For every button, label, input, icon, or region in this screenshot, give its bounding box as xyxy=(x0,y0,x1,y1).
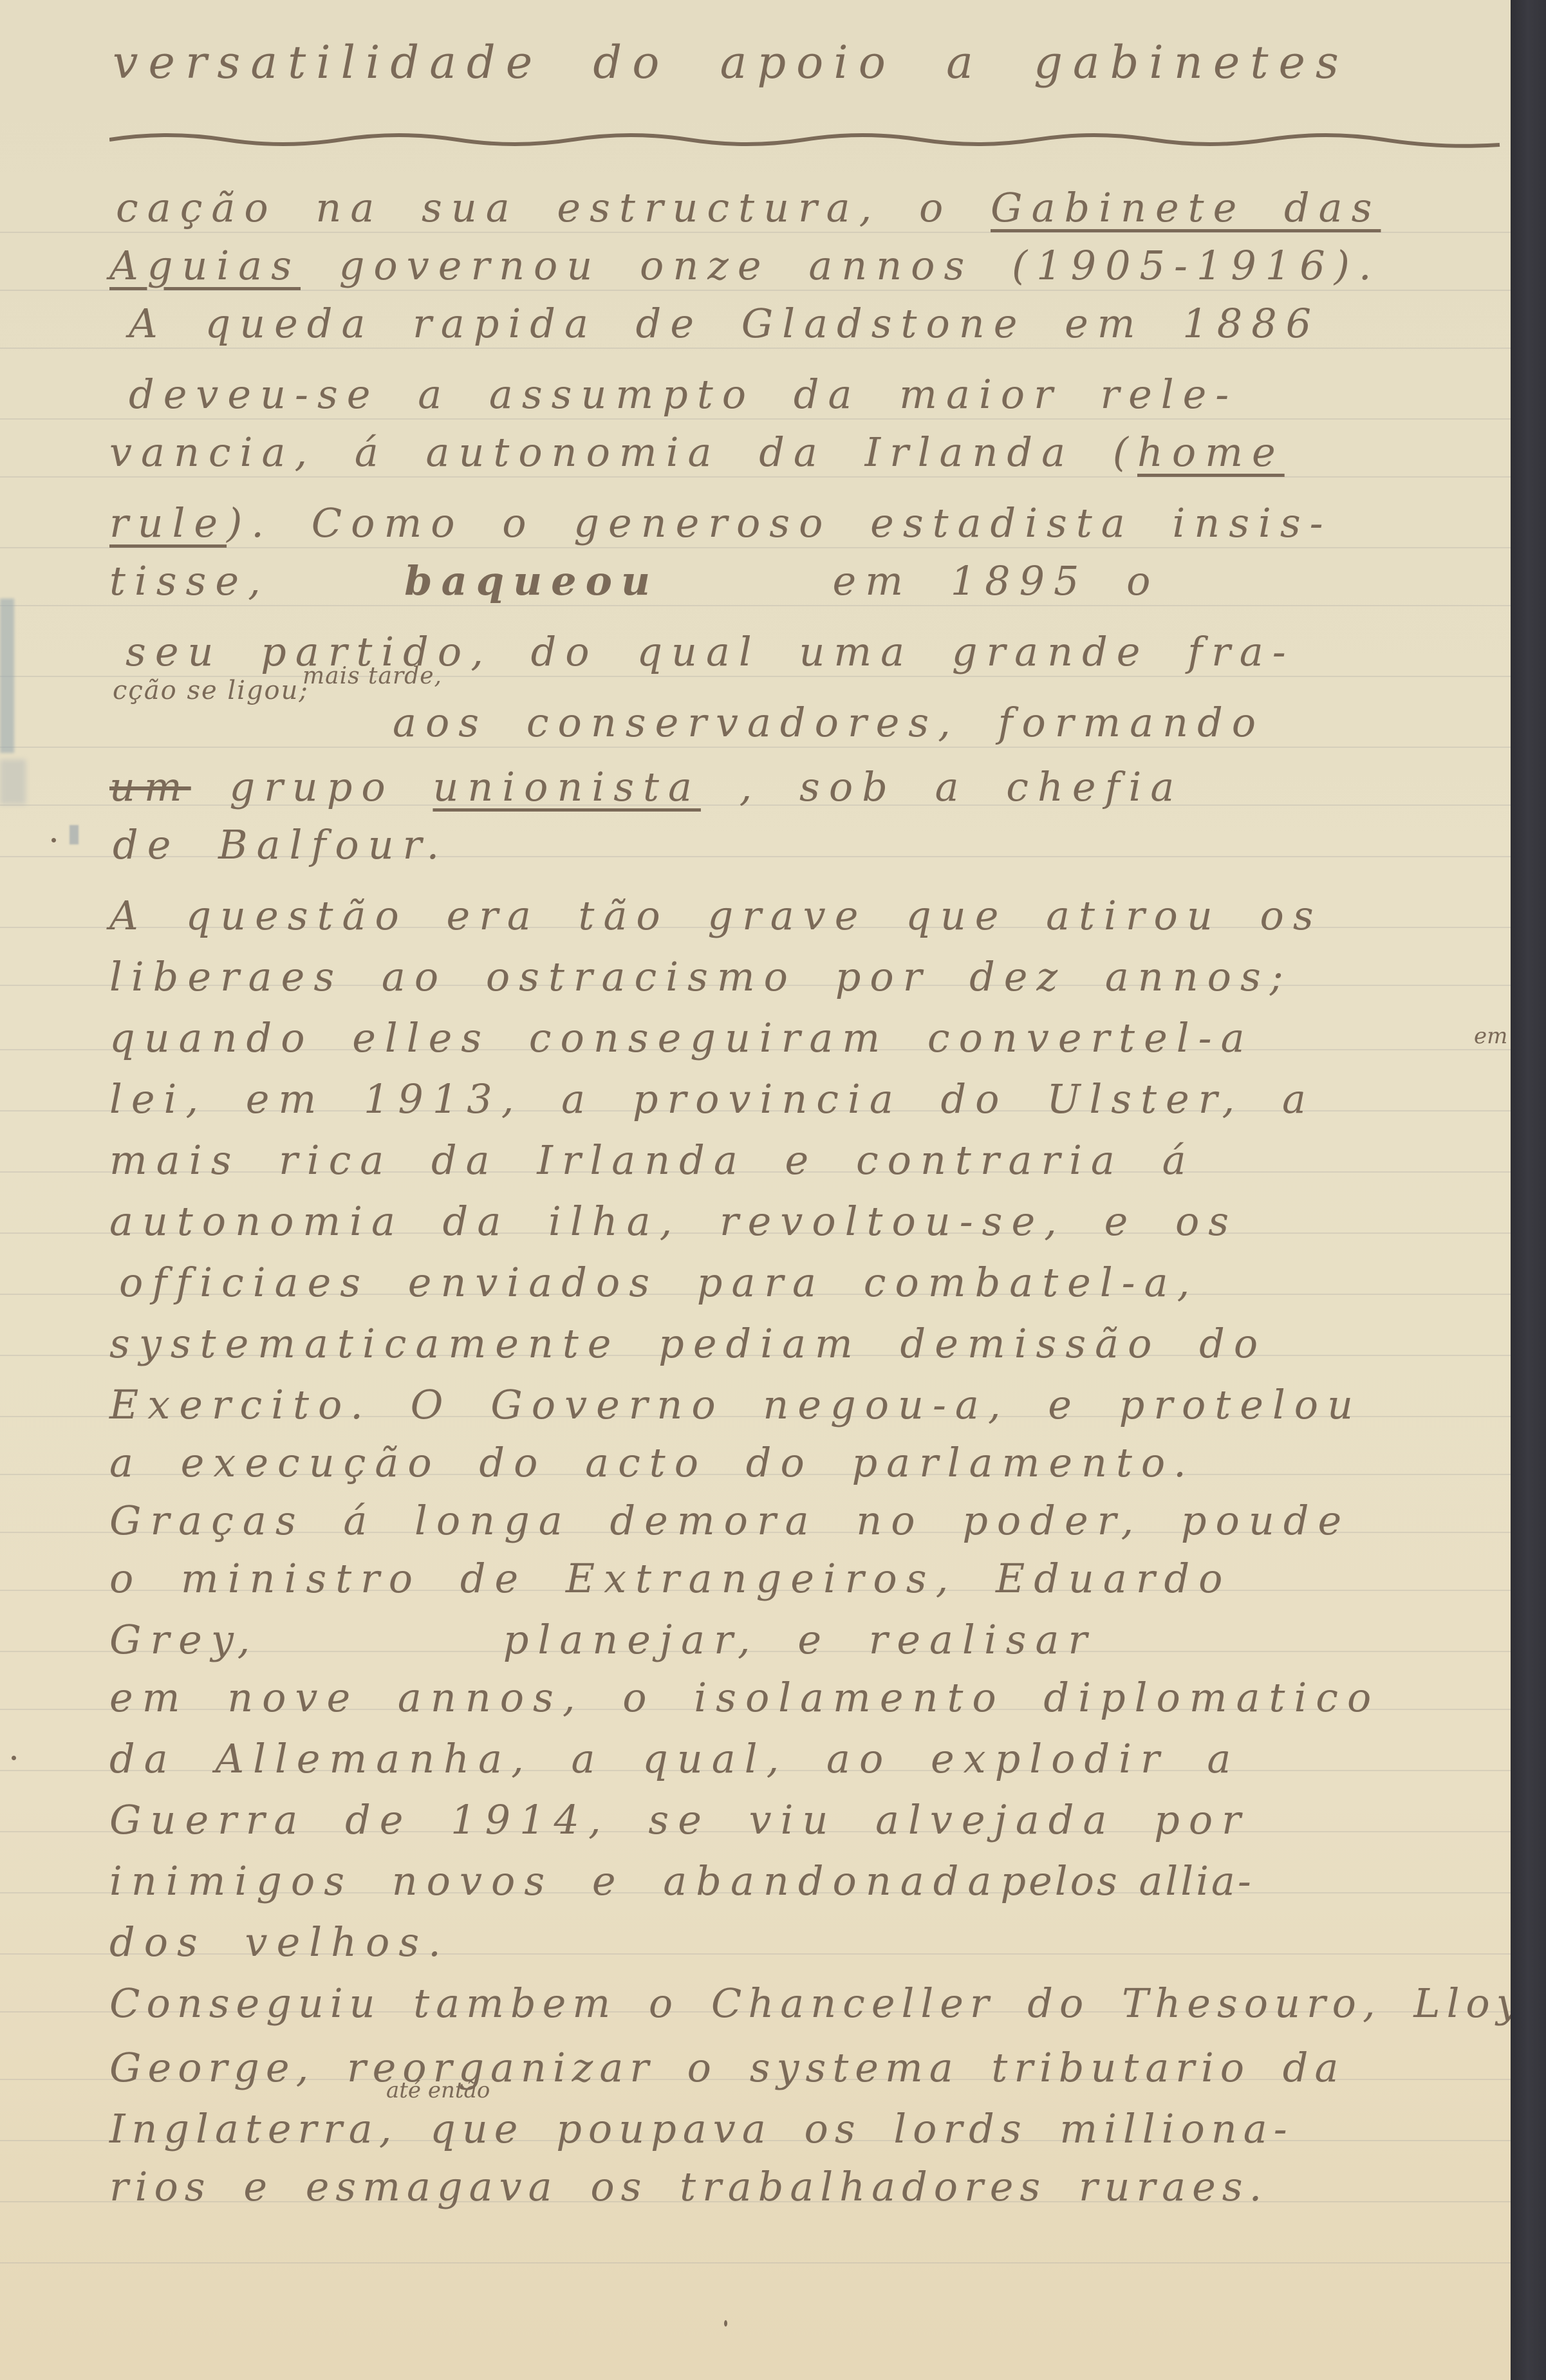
paper-stain xyxy=(0,759,26,804)
page-border xyxy=(1511,0,1546,2380)
text-line: liberaes ao ostracismo por dez annos; xyxy=(109,957,1292,997)
underlined-term: Gabinete das xyxy=(991,184,1381,231)
ruling-line xyxy=(0,232,1511,233)
text-line: o ministro de Extrangeiros, Eduardo xyxy=(109,1559,1231,1599)
text-line: de Balfour. xyxy=(113,825,448,865)
text-segment: , sob a chefia xyxy=(701,763,1183,810)
text-segment: cação na sua estructura, o xyxy=(116,184,991,231)
underlined-term: rule xyxy=(109,499,227,546)
text-segment: inimigos novos e abandonada xyxy=(109,1857,1000,1904)
margin-insertion: em xyxy=(1474,1023,1507,1049)
text-segment: baqueou xyxy=(404,557,659,604)
text-line: mais rica da Irlanda e contraria á xyxy=(109,1140,1195,1180)
ruling-line xyxy=(0,2262,1511,2264)
text-segment: vancia, á autonomia da Irlanda ( xyxy=(109,429,1137,476)
text-line: Exercito. O Governo negou-a, e protelou xyxy=(109,1385,1362,1425)
text-line: da Allemanha, a qual, ao explodir a xyxy=(109,1739,1240,1779)
ruling-line xyxy=(0,747,1511,748)
text-line: A questão era tão grave que atirou os xyxy=(109,896,1323,936)
caret-insertion: mais tarde, xyxy=(303,663,442,689)
margin-insertion: cção se ligou; xyxy=(113,676,309,705)
underlined-term: Aguias xyxy=(109,242,301,289)
text-line: lei, em 1913, a provincia do Ulster, a xyxy=(109,1079,1315,1119)
text-segment: grupo xyxy=(191,763,433,810)
text-line: vancia, á autonomia da Irlanda (home xyxy=(109,432,1285,472)
text-segment: em 1895 o xyxy=(833,557,1160,604)
text-line: cação na sua estructura, o Gabinete das xyxy=(116,188,1381,228)
text-line: rule). Como o generoso estadista insis- xyxy=(109,503,1332,543)
underlined-term: home xyxy=(1137,429,1285,476)
ruling-line xyxy=(0,605,1511,606)
text-line: autonomia da ilha, revoltou-se, e os xyxy=(109,1202,1238,1241)
ink-dot xyxy=(724,2320,727,2327)
text-line: seu partido, do qual uma grande fra- xyxy=(126,632,1295,672)
ruling-line xyxy=(0,547,1511,548)
text-line: tisse, baqueou em 1895 o xyxy=(109,561,1160,601)
manuscript-page: versatilidade do apoio a gabinetes cação… xyxy=(0,0,1511,2380)
text-line: systematicamente pediam demissão do xyxy=(109,1324,1267,1364)
text-segment: ). Como o generoso estadista insis- xyxy=(227,499,1332,546)
text-line: dos velhos. xyxy=(109,1922,450,1962)
text-line: deveu-se a assumpto da maior rele- xyxy=(129,375,1238,414)
text-line: quando elles conseguiram convertel-a xyxy=(109,1018,1254,1058)
paper-stain xyxy=(70,825,79,844)
text-segment: pelos allia- xyxy=(1000,1857,1253,1904)
ink-dot xyxy=(51,838,56,842)
paper-stain xyxy=(0,599,14,753)
ruling-line xyxy=(0,290,1511,291)
text-line: a execução do acto do parlamento. xyxy=(109,1443,1195,1483)
ruling-line xyxy=(0,418,1511,420)
text-line: em nove annos, o isolamento diplomatico xyxy=(109,1678,1380,1718)
ruling-line xyxy=(0,476,1511,478)
text-line: Inglaterra, que poupava os lords million… xyxy=(109,2109,1294,2149)
text-segment: planejar, e realisar xyxy=(503,1616,1096,1663)
text-line: A queda rapida de Gladstone em 1886 xyxy=(129,304,1320,344)
page-heading: versatilidade do apoio a gabinetes xyxy=(113,40,1349,85)
text-segment: Inglaterra, que xyxy=(109,2105,524,2152)
text-line: Grey, planejar, e realisar xyxy=(109,1620,1096,1660)
text-line: George, reorganizar o systema tributario… xyxy=(109,2048,1345,2088)
text-line: um grupo unionista , sob a chefia xyxy=(109,767,1183,807)
wavy-divider xyxy=(109,126,1506,151)
text-segment: poupava os lords milliona- xyxy=(556,2105,1293,2152)
text-segment: tisse, xyxy=(109,557,270,604)
caret-insertion: até então xyxy=(386,2078,490,2103)
ruling-line xyxy=(0,348,1511,349)
text-line: Conseguiu tambem o Chanceller do Thesour… xyxy=(109,1984,1511,2023)
text-line: Graças á longa demora no poder, poude xyxy=(109,1501,1350,1541)
struck-word: um xyxy=(109,763,191,810)
text-segment: governou onze annos (1905-1916). xyxy=(301,242,1381,289)
text-line: Aguias governou onze annos (1905-1916). xyxy=(109,246,1381,286)
ink-dot xyxy=(12,1756,16,1760)
text-segment: Grey, xyxy=(109,1616,259,1663)
text-line: aos conservadores, formando xyxy=(393,703,1265,743)
text-line: rios e esmagava os trabalhadores ruraes. xyxy=(109,2167,1268,2207)
text-line: Guerra de 1914, se viu alvejada por xyxy=(109,1800,1250,1840)
text-line: officiaes enviados para combatel-a, xyxy=(119,1263,1198,1303)
underlined-term: unionista xyxy=(433,763,700,810)
text-line: inimigos novos e abandonadapelos allia- xyxy=(109,1861,1254,1901)
